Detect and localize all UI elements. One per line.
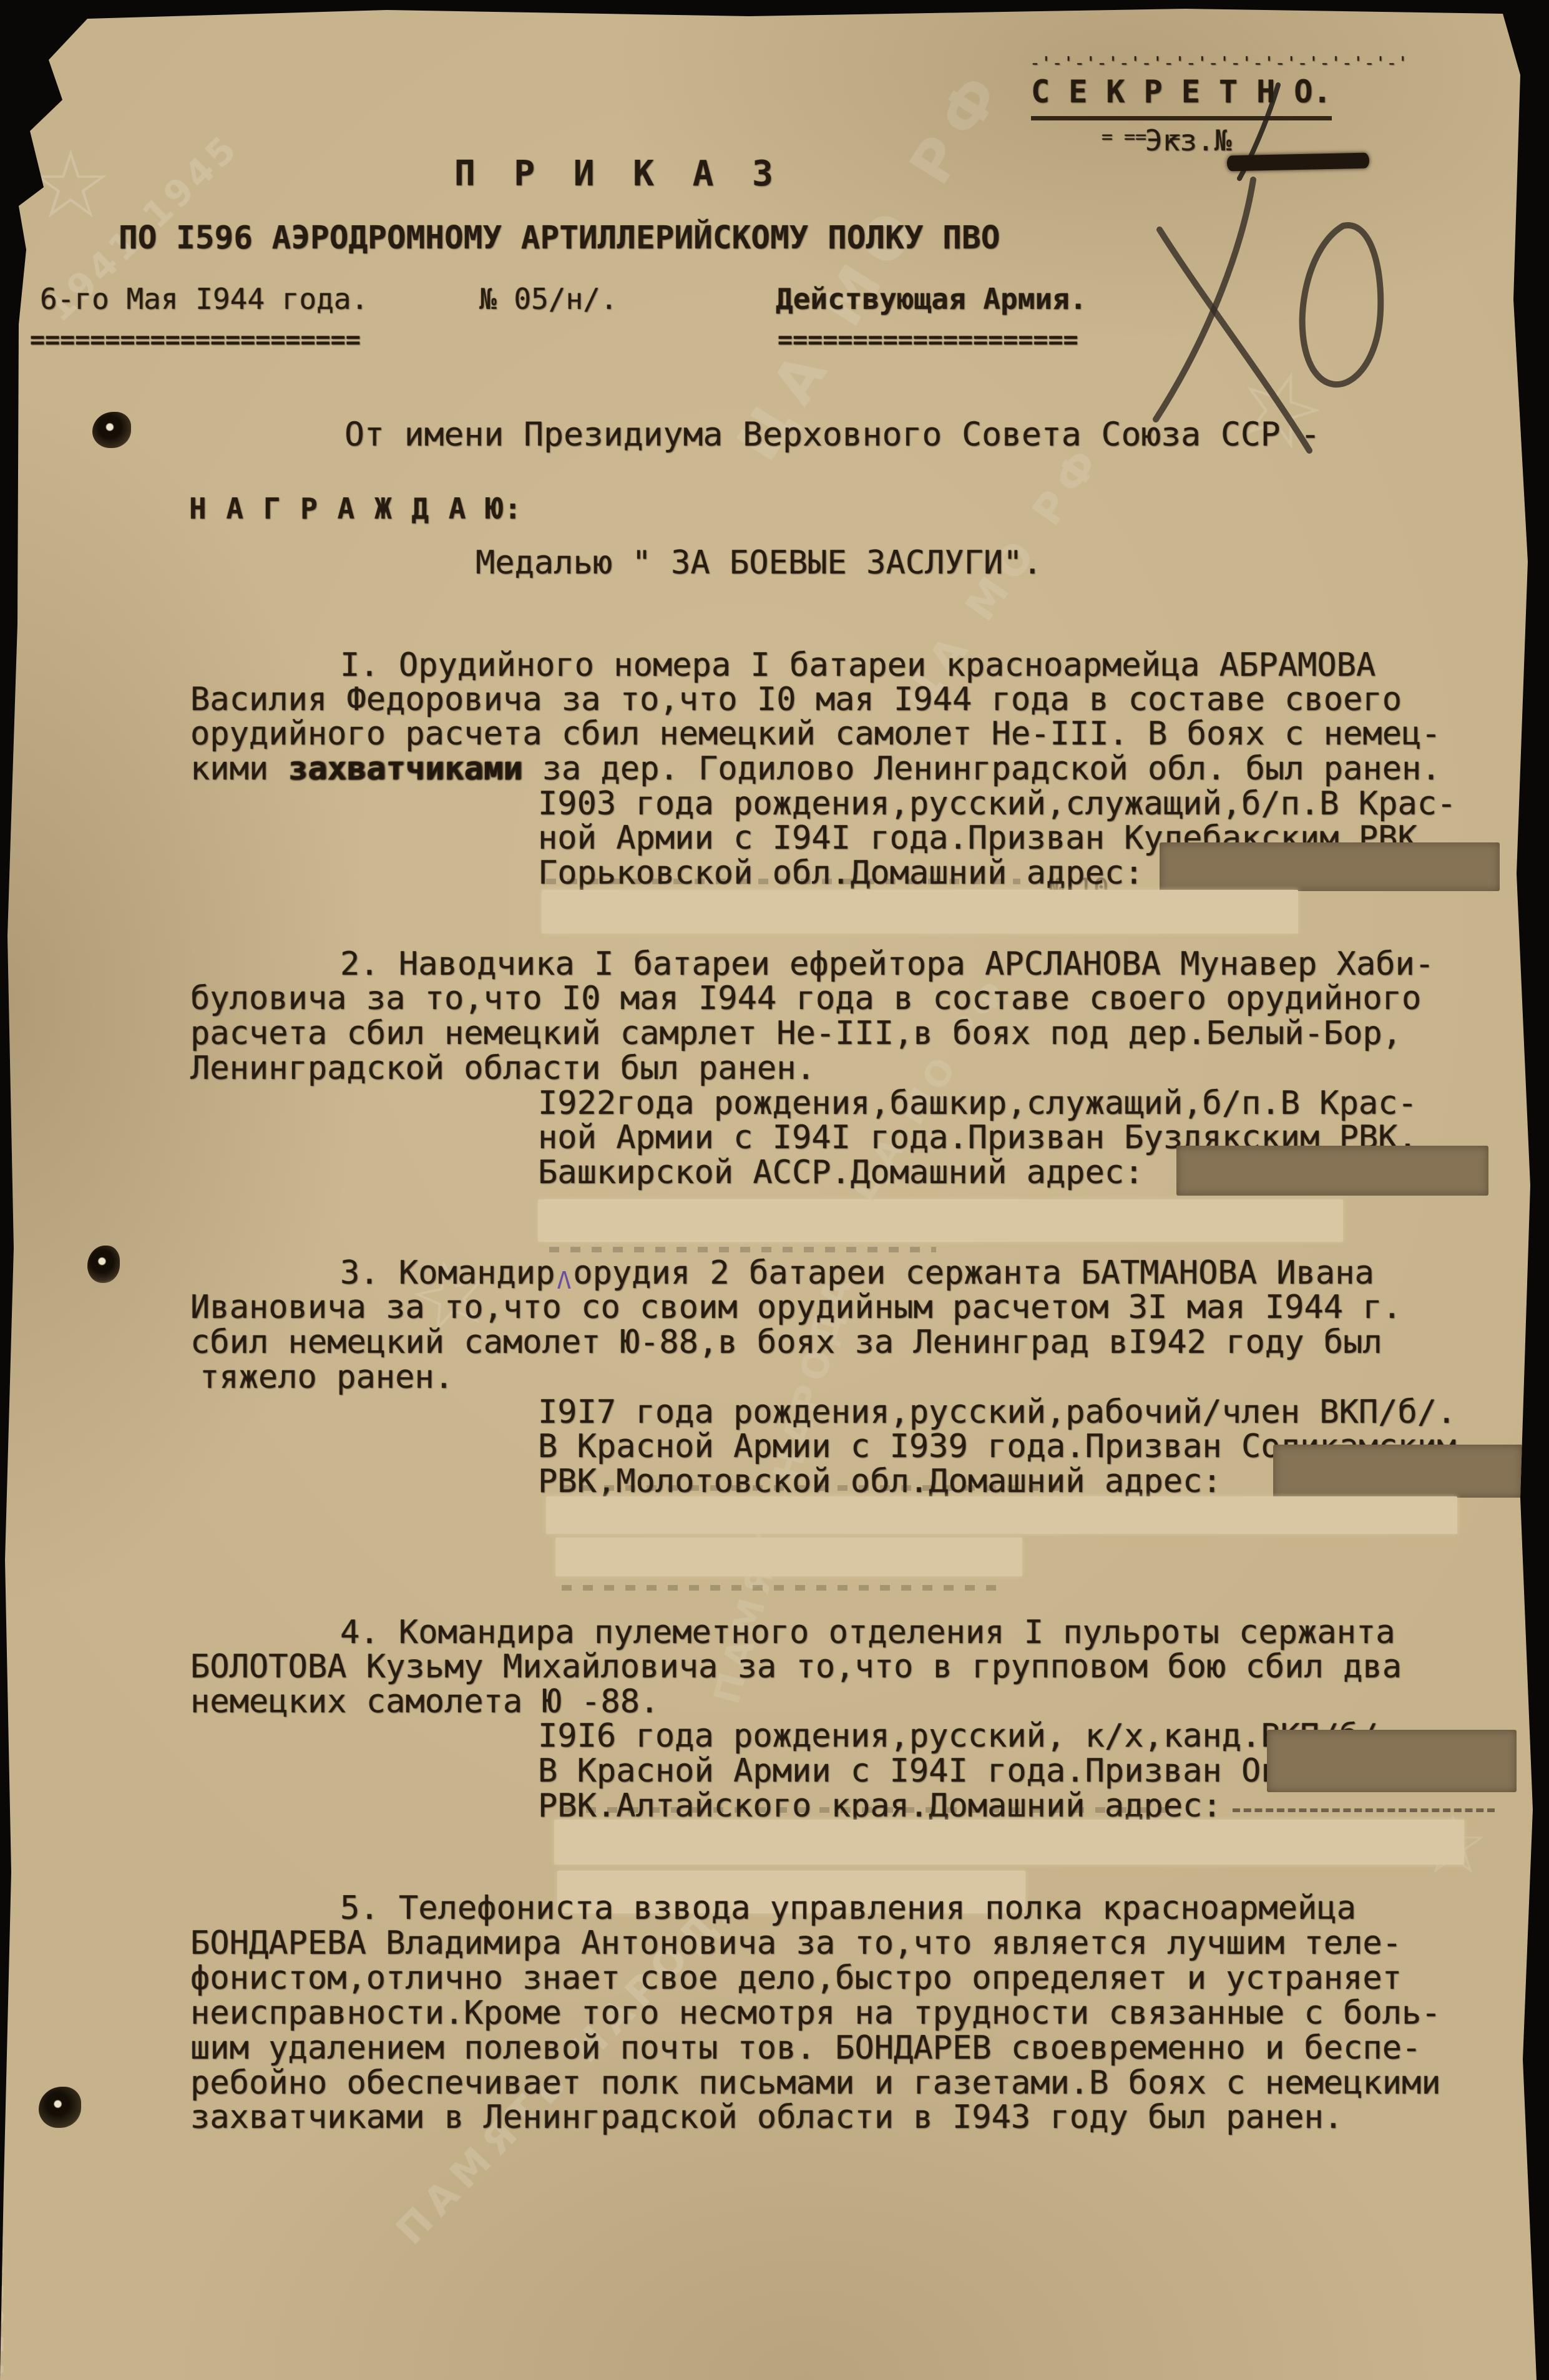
entry-2-line-2: буловича за то,что I0 мая I944 года в со… [190, 980, 1421, 1017]
document-paper: ЦАМО РФ ЦА МО РФ ЦА МО РФ ЦА МО РФ 1941-… [0, 0, 1549, 2380]
preamble-line: От имени Президиума Верховного Совета Со… [344, 416, 1321, 454]
entry-3-bio-1: I9I7 года рождения,русский,рабочий/член … [538, 1393, 1456, 1431]
entry-2-line-1: 2. Наводчика I батареи ефрейтора АРСЛАНО… [340, 945, 1434, 983]
order-location: Действующая Армия. [776, 282, 1087, 316]
entry-5-line-2: БОНДАРЕВА Владимира Антоновича за то,что… [190, 1924, 1402, 1962]
entry-3-line-1: 3. КомандирΛорудия 2 батареи сержанта БА… [340, 1254, 1374, 1292]
archive-watermark: ЦАМО РФ [0, 94, 25, 283]
entry-2-bio-1: I922года рождения,башкир,служащий,б/п.В … [538, 1085, 1417, 1122]
erased-text-remnant [562, 1585, 999, 1591]
erased-text-remnant [546, 879, 1020, 884]
award-verb: Н А Г Р А Ж Д А Ю: [189, 492, 523, 525]
redaction-box-light [546, 1496, 1457, 1534]
entry-4-bio-3: РВК.Алтайского края.Домашний адрес: [538, 1787, 1222, 1825]
entry-4-line-3: немецких самолета Ю -88. [190, 1683, 659, 1720]
redaction-box-light [542, 890, 1298, 934]
entry-5-line-5: шим удалением полевой почты тов. БОНДАРЕ… [190, 2029, 1421, 2067]
order-subtitle: ПО I596 АЭРОДРОМНОМУ АРТИЛЛЕРИЙСКОМУ ПОЛ… [119, 220, 1000, 256]
entry-1-bio-1: I903 года рождения,русский,служащий,б/п.… [538, 785, 1456, 822]
entry-5-line-7: захватчиками в Ленинградской области в I… [190, 2099, 1343, 2136]
redaction-box [1160, 842, 1500, 891]
entry-1-line-4c: за дер. Годилово Ленинградской обл. был … [522, 750, 1440, 788]
entry-4-line-1: 4. Командира пулеметного отделения I пул… [340, 1614, 1395, 1651]
entry-3-line-4: тяжело ранен. [200, 1358, 454, 1396]
date-underline: ====================== [30, 326, 361, 354]
entry-5-line-6: ребойно обеспечивает полк письмами и газ… [190, 2064, 1441, 2102]
erased-text-remnant [562, 1485, 1061, 1491]
hole-punch [92, 412, 131, 448]
entry-5-line-4: неисправности.Кроме того несмотря на тру… [190, 1994, 1441, 2032]
entry-3-line-1a: 3. Командир [340, 1254, 555, 1292]
entry-3-line-1b: орудия 2 батареи сержанта БАТМАНОВА Иван… [573, 1254, 1374, 1292]
order-number: № 05/н/. [479, 282, 618, 316]
erased-text-remnant [549, 1247, 936, 1252]
redaction-box-light [555, 1538, 1022, 1576]
entry-1-line-1: I. Орудийного номера I батареи красноарм… [340, 646, 1376, 684]
entry-2-line-3: расчета сбил немецкий самрлет Не-III,в б… [190, 1015, 1402, 1052]
entry-1-line-4: кими захватчиками за дер. Годилово Ленин… [190, 750, 1441, 788]
erased-text-remnant [565, 1807, 1176, 1813]
entry-3-line-3: сбил немецкий самолет Ю-88,в боях за Лен… [190, 1324, 1382, 1361]
entry-4-line-2: БОЛОТОВА Кузьму Михайловича за то,что в … [190, 1648, 1402, 1685]
entry-3-line-2: Ивановича за то,что со своим орудийным р… [190, 1289, 1402, 1326]
memory-watermark: ПАМЯТЬ НАРОДА [0, 2072, 9, 2380]
location-underline: ==================== [778, 326, 1078, 354]
redaction-box [1267, 1730, 1517, 1792]
entry-1-line-2: Василия Федоровича за то,что I0 мая I944… [190, 681, 1402, 718]
entry-1-line-4a: кими [190, 750, 288, 788]
archive-watermark: ЦА МО РФ [724, 53, 1020, 472]
memory-watermark: ПАМЯТЬ НАРОДА [0, 1379, 9, 1690]
strike-through-dashes [1233, 1808, 1495, 1812]
hole-punch [87, 1246, 120, 1283]
hole-punch [39, 2087, 81, 2128]
order-date: 6-го Мая I944 года. [40, 282, 368, 316]
entry-5-line-1: 5. Телефониста взвода управления полка к… [340, 1890, 1356, 1927]
order-title: П Р И К А З [454, 154, 782, 194]
entry-1-line-3: орудийного расчета сбил немецкий самолет… [190, 715, 1441, 753]
redaction-box-light [538, 1199, 1343, 1242]
redaction-box [1273, 1445, 1523, 1498]
redaction-box [1176, 1146, 1488, 1196]
star-watermark: ☆ [29, 131, 112, 240]
classification-dash-line: -'-'-'-'-'-'-'-'-'-'-'-'-'-'-'-'-' [1030, 52, 1409, 73]
entry-1-line-4-overtyped: захватчиками [288, 750, 523, 788]
copy-number-label: Экз.№ [1145, 124, 1231, 157]
entry-2-bio-3: Башкирской АССР.Домашний адрес: [538, 1154, 1144, 1191]
entry-2-line-4: Ленинградской области был ранен. [190, 1050, 816, 1087]
medal-line: Медалью " ЗА БОЕВЫЕ ЗАСЛУГИ". [476, 544, 1042, 582]
entry-3-bio-3: РВК,Молотовской обл.Домашний адрес: [538, 1463, 1222, 1500]
redaction-box-light [554, 1820, 1464, 1865]
scanned-order-page: { "document": { "classification_dashes":… [0, 0, 1549, 2380]
entry-5-line-3: фонистом,отлично знает свое дело,быстро … [190, 1959, 1402, 1997]
